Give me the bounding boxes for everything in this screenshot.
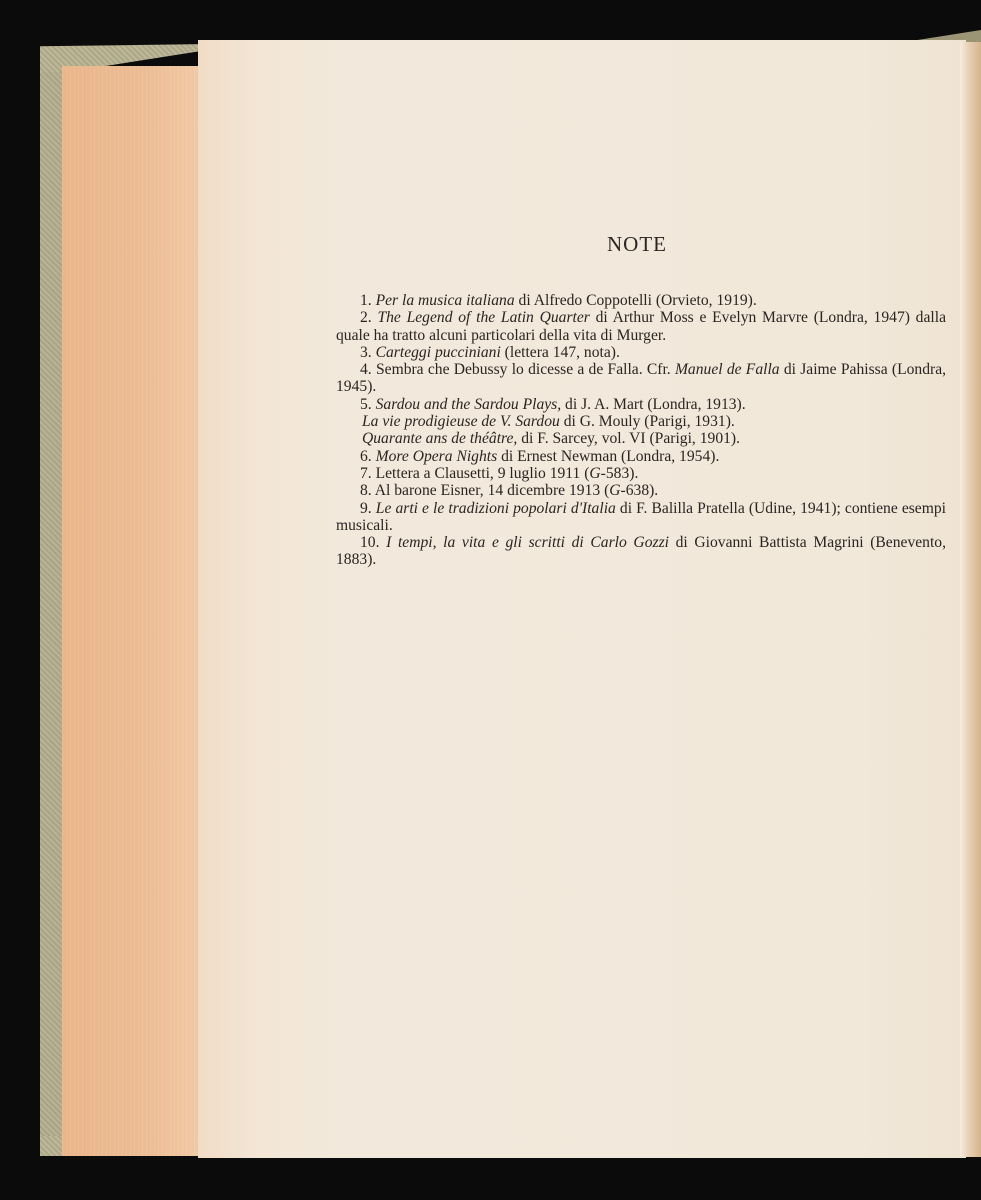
notes-list: 1. Per la musica italiana di Alfredo Cop…: [336, 292, 946, 569]
page-edges: [62, 66, 200, 1156]
note-item: 8. Al barone Eisner, 14 dicembre 1913 (G…: [336, 482, 946, 499]
note-item: 9. Le arti e le tradizioni popolari d'It…: [336, 500, 946, 535]
note-item: 10. I tempi, la vita e gli scritti di Ca…: [336, 534, 946, 569]
note-item: 7. Lettera a Clausetti, 9 luglio 1911 (G…: [336, 465, 946, 482]
page-title: NOTE: [198, 232, 966, 257]
note-subitem: Quarante ans de théâtre, di F. Sarcey, v…: [336, 430, 946, 447]
book-page: NOTE 1. Per la musica italiana di Alfred…: [198, 40, 966, 1158]
note-subitem: La vie prodigieuse de V. Sardou di G. Mo…: [336, 413, 946, 430]
note-item: 6. More Opera Nights di Ernest Newman (L…: [336, 448, 946, 465]
page-right-edge: [960, 42, 981, 1157]
note-item: 4. Sembra che Debussy lo dicesse a de Fa…: [336, 361, 946, 396]
note-item: 1. Per la musica italiana di Alfredo Cop…: [336, 292, 946, 309]
note-item: 3. Carteggi pucciniani (lettera 147, not…: [336, 344, 946, 361]
note-item: 2. The Legend of the Latin Quarter di Ar…: [336, 309, 946, 344]
note-item: 5. Sardou and the Sardou Plays, di J. A.…: [336, 396, 946, 413]
